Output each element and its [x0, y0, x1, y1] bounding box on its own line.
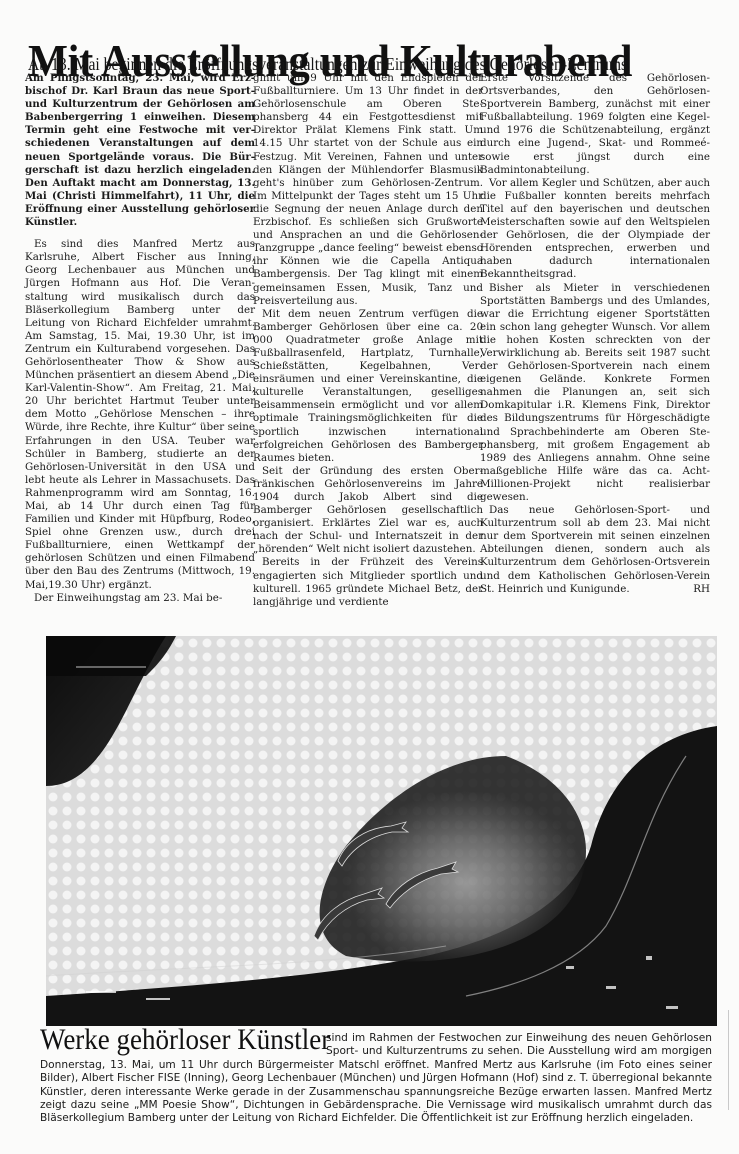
artwork-photo [46, 636, 717, 1026]
body-paragraph: Mit dem neuen Zentrum verfügen die Bambe… [253, 308, 483, 465]
scan-edge-divider [728, 1010, 729, 1110]
subheadline: Ab 13. Mai beginnen die Eröffnungsverans… [28, 54, 627, 74]
lead-paragraph: Am Pfingstsonntag, 23. Mai, wird Erz­bis… [25, 72, 255, 229]
body-paragraph: Vor allem Kegler und Schützen, aber auch… [480, 177, 710, 282]
column-3: Erste Vorsitzende des Gehörlosen-Ortsver… [480, 72, 710, 596]
column-2: ginnt um 9 Uhr mit den Endspielen der Fu… [253, 72, 483, 609]
body-paragraph: Das neue Gehörlosen-Sport- und Kulturzen… [480, 504, 710, 596]
column-1: Am Pfingstsonntag, 23. Mai, wird Erz­bis… [25, 72, 255, 605]
body-paragraph: Bereits in der Frühzeit des Vereins enga… [253, 556, 483, 608]
body-paragraph: Es sind dies Manfred Mertz aus Karlsruhe… [25, 238, 255, 592]
dolphin-wave-image [46, 636, 717, 1026]
body-paragraph: ginnt um 9 Uhr mit den Endspielen der Fu… [253, 72, 483, 308]
caption-title: Werke gehörloser Künstler [40, 1024, 330, 1056]
body-paragraph: Der Einweihungstag am 23. Mai be- [25, 592, 255, 605]
body-paragraph: Seit der Gründung des ersten Ober­fränki… [253, 465, 483, 557]
body-paragraph: Bisher als Mieter in verschiedenen Sport… [480, 282, 710, 505]
body-paragraph: Erste Vorsitzende des Gehörlosen-Ortsver… [480, 72, 710, 177]
